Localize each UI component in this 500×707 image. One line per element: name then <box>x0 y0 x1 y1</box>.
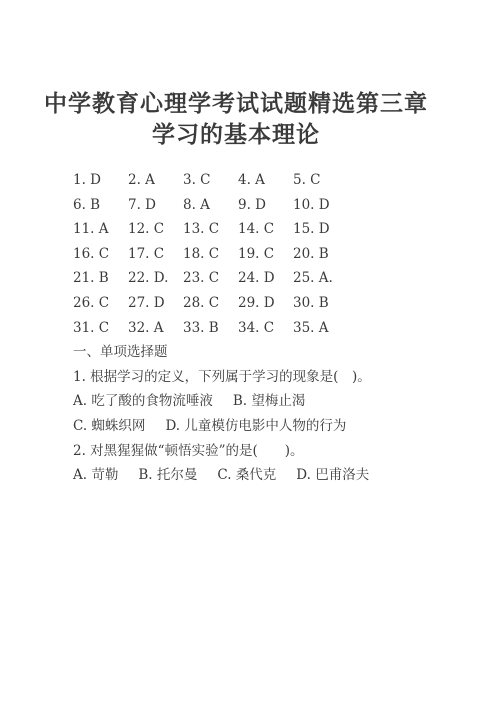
answer-key: 1. D2. A3. C4. A5. C 6. B7. D8. A9. D10.… <box>73 168 464 340</box>
answer-cell: 30. B <box>293 291 348 316</box>
option-item: D. 巴甫洛夫 <box>296 463 369 488</box>
answer-cell: 17. C <box>128 242 183 267</box>
option-item: C. 桑代克 <box>217 463 276 488</box>
answer-cell: 4. A <box>238 168 293 193</box>
document-body: 1. D2. A3. C4. A5. C 6. B7. D8. A9. D10.… <box>0 168 500 488</box>
page-title: 中学教育心理学考试试题精选第三章 学习的基本理论 <box>8 88 464 150</box>
answer-cell: 7. D <box>128 193 183 218</box>
answer-cell: 8. A <box>183 193 238 218</box>
answer-cell: 33. B <box>183 316 238 341</box>
answer-cell: 25. A. <box>293 266 348 291</box>
answer-key-row: 31. C32. A33. B34. C35. A <box>73 316 464 341</box>
question-text: 2. 对黑猩猩做“顿悟实验”的是( )。 <box>73 439 464 464</box>
answer-key-row: 11. A12. C13. C14. C15. D <box>73 217 464 242</box>
option-item: B. 望梅止渴 <box>233 389 306 414</box>
answer-cell: 35. A <box>293 316 348 341</box>
answer-key-row: 21. B22. D.23. C24. D25. A. <box>73 266 464 291</box>
answer-cell: 23. C <box>183 266 238 291</box>
option-item: D. 儿童模仿电影中人物的行为 <box>165 414 346 439</box>
answer-cell: 27. D <box>128 291 183 316</box>
answer-key-row: 26. C27. D28. C29. D30. B <box>73 291 464 316</box>
answer-cell: 15. D <box>293 217 348 242</box>
answer-cell: 22. D. <box>128 266 183 291</box>
answer-cell: 31. C <box>73 316 128 341</box>
answer-cell: 11. A <box>73 217 128 242</box>
answer-cell: 5. C <box>293 168 348 193</box>
answer-cell: 1. D <box>73 168 128 193</box>
answer-cell: 12. C <box>128 217 183 242</box>
question-text: 1. 根据学习的定义，下列属于学习的现象是( )。 <box>73 365 464 390</box>
answer-cell: 16. C <box>73 242 128 267</box>
answer-key-row: 6. B7. D8. A9. D10. D <box>73 193 464 218</box>
option-item: A. 苛勒 <box>73 463 118 488</box>
answer-cell: 21. B <box>73 266 128 291</box>
option-item: C. 蜘蛛织网 <box>73 414 145 439</box>
page-title-line2: 学习的基本理论 <box>152 121 320 148</box>
answer-cell: 28. C <box>183 291 238 316</box>
answer-cell: 24. D <box>238 266 293 291</box>
question-option-line: C. 蜘蛛织网D. 儿童模仿电影中人物的行为 <box>73 414 464 439</box>
question-block-1: 1. 根据学习的定义，下列属于学习的现象是( )。 A. 吃了酸的食物流唾液B.… <box>73 365 464 439</box>
answer-cell: 13. C <box>183 217 238 242</box>
question-option-line: A. 苛勒B. 托尔曼C. 桑代克D. 巴甫洛夫 <box>73 463 464 488</box>
answer-cell: 18. C <box>183 242 238 267</box>
answer-cell: 10. D <box>293 193 348 218</box>
answer-cell: 6. B <box>73 193 128 218</box>
answer-cell: 2. A <box>128 168 183 193</box>
answer-key-row: 16. C17. C18. C19. C20. B <box>73 242 464 267</box>
document-page: 中学教育心理学考试试题精选第三章 学习的基本理论 1. D2. A3. C4. … <box>0 0 500 707</box>
answer-cell: 9. D <box>238 193 293 218</box>
page-title-line1: 中学教育心理学考试试题精选第三章 <box>44 90 428 117</box>
answer-cell: 29. D <box>238 291 293 316</box>
answer-cell: 3. C <box>183 168 238 193</box>
answer-key-row: 1. D2. A3. C4. A5. C <box>73 168 464 193</box>
question-block-2: 2. 对黑猩猩做“顿悟实验”的是( )。 A. 苛勒B. 托尔曼C. 桑代克D.… <box>73 439 464 488</box>
answer-cell: 14. C <box>238 217 293 242</box>
answer-cell: 20. B <box>293 242 348 267</box>
option-item: A. 吃了酸的食物流唾液 <box>73 389 213 414</box>
answer-cell: 32. A <box>128 316 183 341</box>
answer-cell: 19. C <box>238 242 293 267</box>
answer-cell: 26. C <box>73 291 128 316</box>
question-option-line: A. 吃了酸的食物流唾液B. 望梅止渴 <box>73 389 464 414</box>
option-item: B. 托尔曼 <box>138 463 197 488</box>
section-heading: 一、单项选择题 <box>73 340 464 365</box>
answer-cell: 34. C <box>238 316 293 341</box>
